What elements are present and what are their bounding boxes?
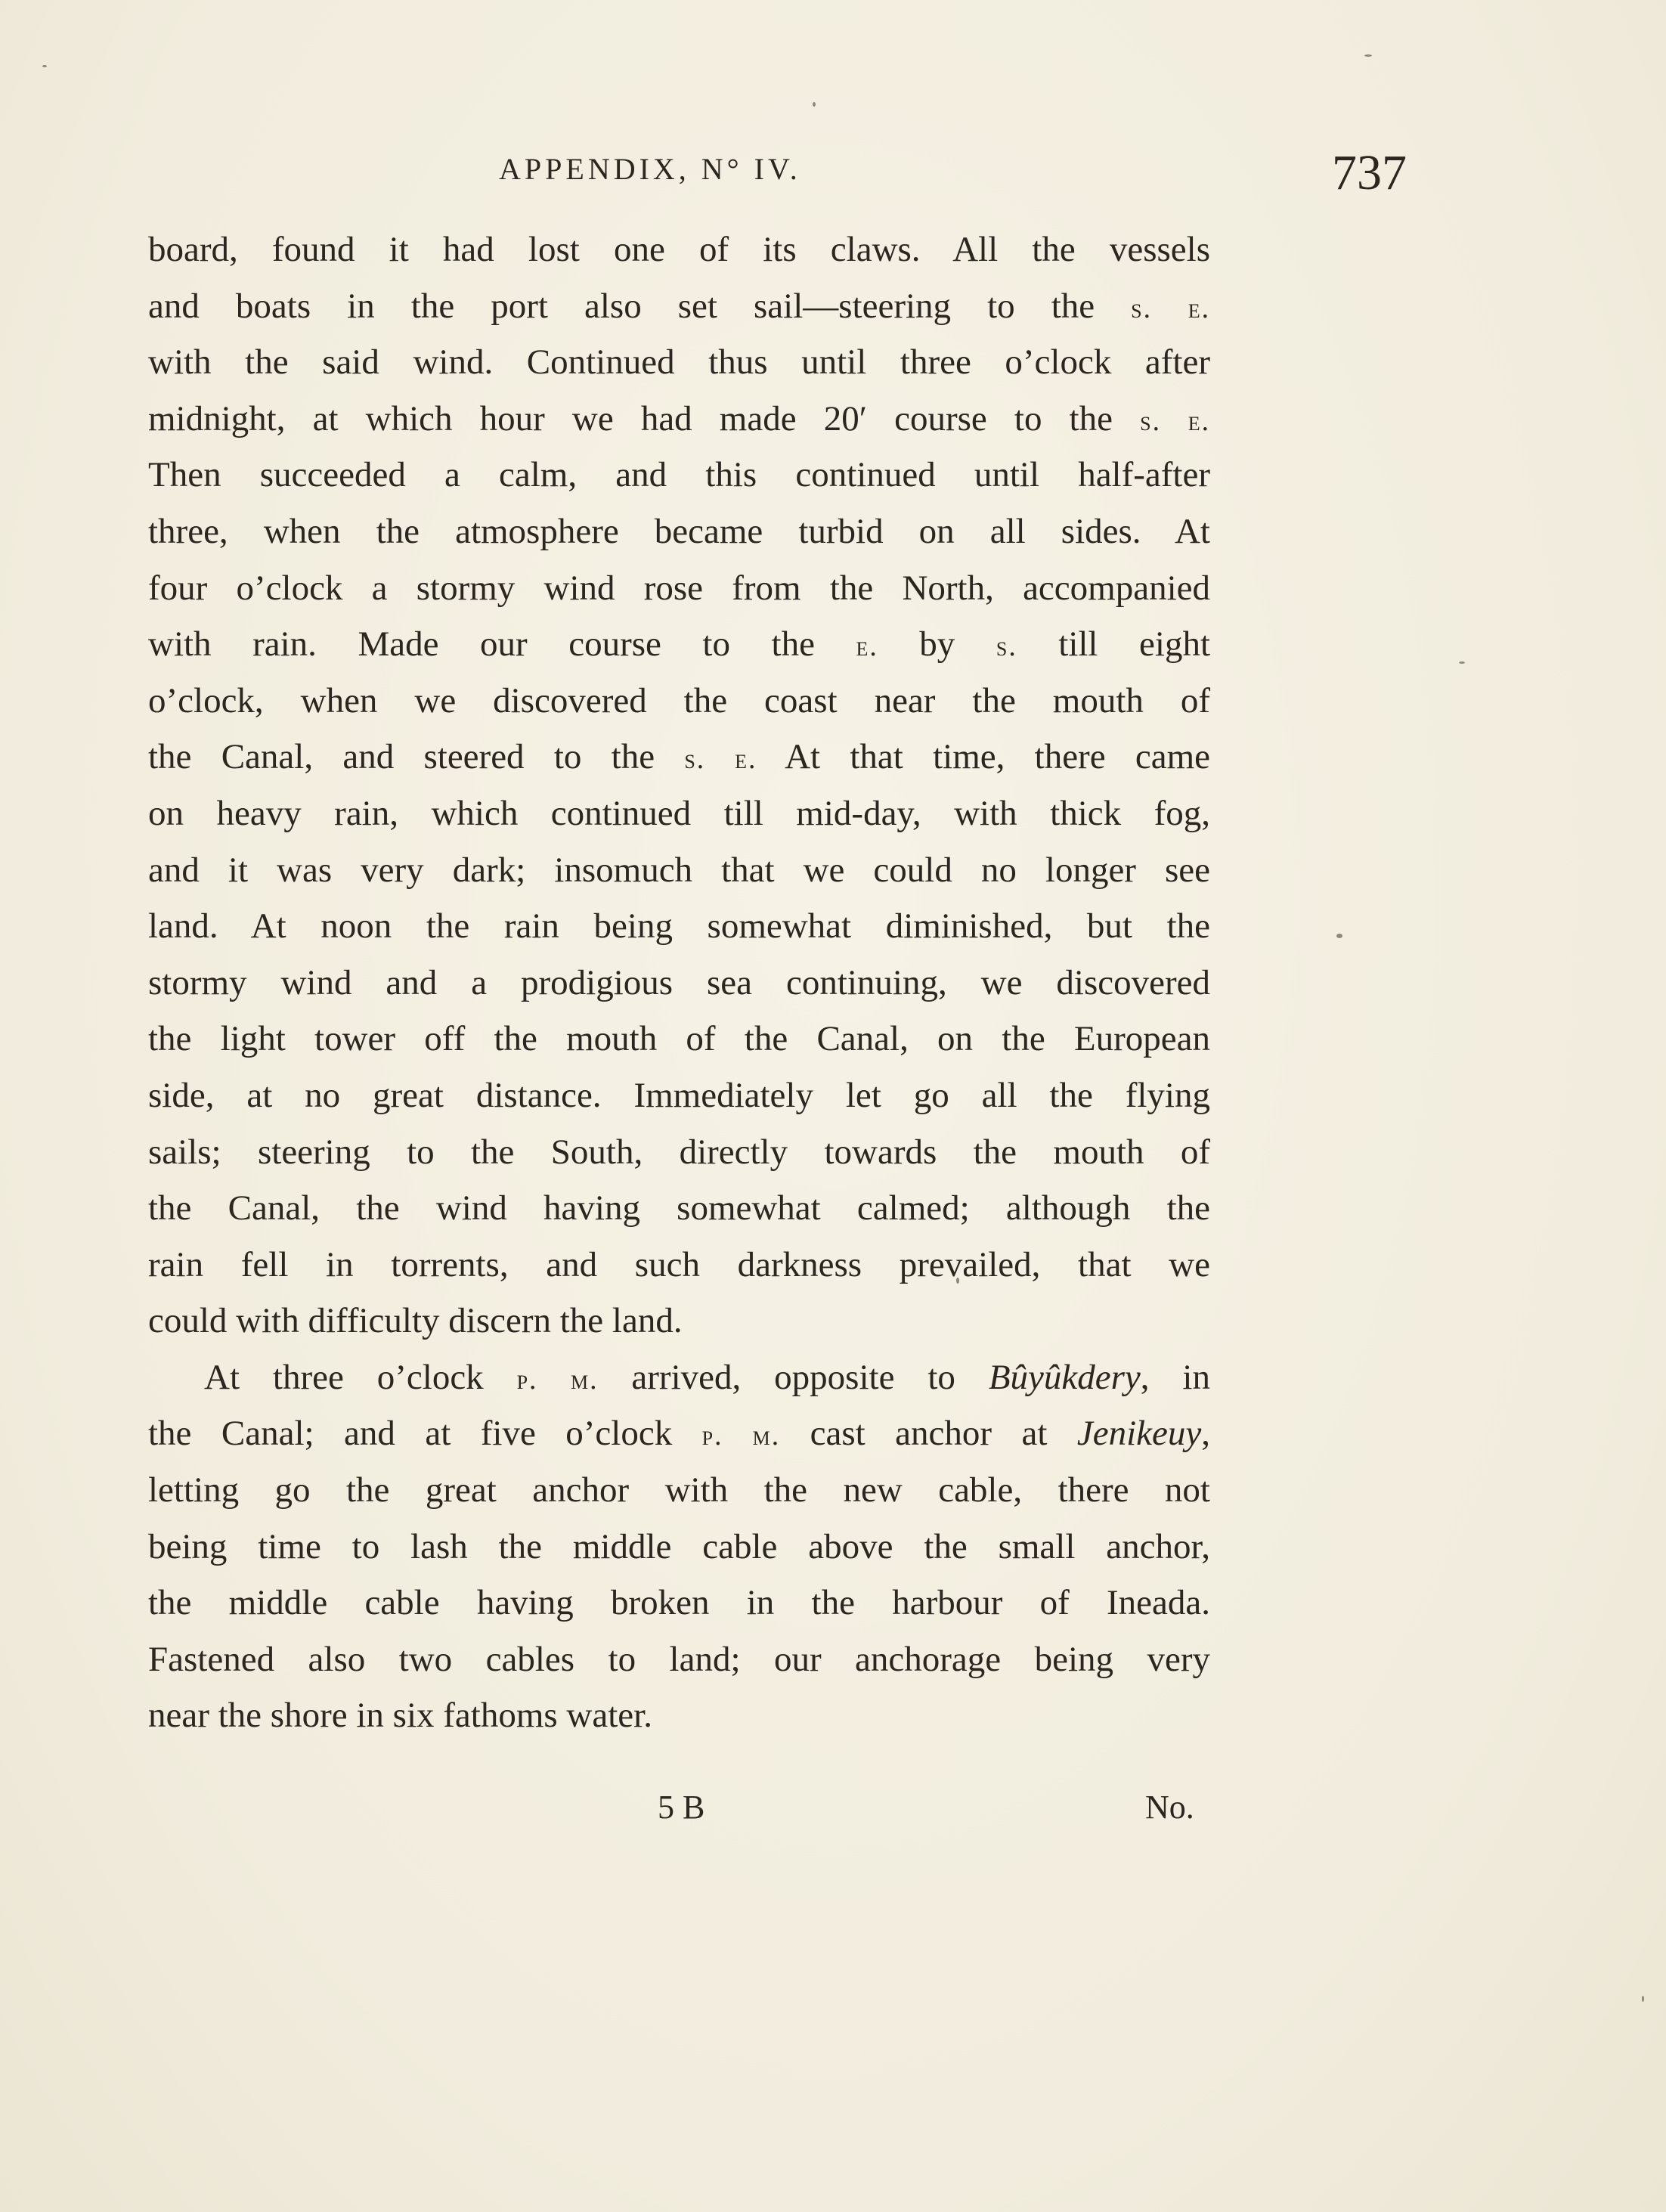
small-caps-abbrev: s. e. [684,744,757,775]
small-caps-abbrev: s. e. [1140,406,1210,437]
text-line: board, found it had lost one of its claw… [148,222,1210,278]
place-name: Jenikeuy [1077,1414,1201,1453]
text-line: four o’clock a stormy wind rose from the… [148,560,1210,617]
text-line: the light tower off the mouth of the Can… [148,1011,1210,1067]
text-line: being time to lash the middle cable abov… [148,1519,1210,1575]
text-line: midnight, at which hour we had made 20′ … [148,391,1210,448]
paper-speck [1642,1996,1644,2002]
text-line: with the said wind. Continued thus until… [148,334,1210,391]
text-line: the Canal, and steered to the s. e. At t… [148,729,1210,785]
text-line: rain fell in torrents, and such darkness… [148,1237,1210,1293]
text-line: Then succeeded a calm, and this continue… [148,447,1210,503]
text-line: sails; steering to the South, directly t… [148,1124,1210,1181]
text-line: with rain. Made our course to the e. by … [148,616,1210,673]
paper-speck [956,1278,959,1284]
text-line: side, at no great distance. Immediately … [148,1067,1210,1124]
text-line: Fastened also two cables to land; our an… [148,1631,1210,1688]
text-line: and it was very dark; insomuch that we c… [148,842,1210,899]
text-line: At three o’clock p. m. arrived, opposite… [148,1349,1210,1406]
paper-speck [813,102,816,107]
page-number: 737 [1332,148,1407,198]
printer-signature-mark: 5 B [658,1788,704,1826]
text-line: the Canal; and at five o’clock p. m. cas… [148,1405,1210,1462]
text-line: and boats in the port also set sail—stee… [148,278,1210,335]
paper-speck [42,65,47,67]
small-caps-abbrev: s. [996,631,1017,662]
small-caps-abbrev: p. m. [702,1420,780,1451]
paper-speck [1364,54,1372,57]
catchword: No. [1145,1788,1194,1826]
small-caps-abbrev: e. [856,631,878,662]
paper-speck [1459,661,1465,664]
body-text: board, found it had lost one of its claw… [148,222,1210,1744]
text-line: letting go the great anchor with the new… [148,1462,1210,1519]
running-head: APPENDIX, N° IV. [499,151,801,187]
place-name: Bûyûkdery [989,1358,1141,1397]
text-line: three, when the atmosphere became turbid… [148,503,1210,560]
text-line: on heavy rain, which continued till mid-… [148,785,1210,842]
small-caps-abbrev: s. e. [1131,293,1210,324]
text-line: the middle cable having broken in the ha… [148,1575,1210,1631]
text-line: near the shore in six fathoms water. [148,1687,1210,1744]
paper-speck [1336,934,1342,938]
text-line: o’clock, when we discovered the coast ne… [148,673,1210,730]
small-caps-abbrev: p. m. [517,1365,599,1396]
text-line: land. At noon the rain being somewhat di… [148,898,1210,955]
text-line: stormy wind and a prodigious sea continu… [148,955,1210,1012]
text-line: could with difficulty discern the land. [148,1293,1210,1349]
text-line: the Canal, the wind having somewhat calm… [148,1180,1210,1237]
